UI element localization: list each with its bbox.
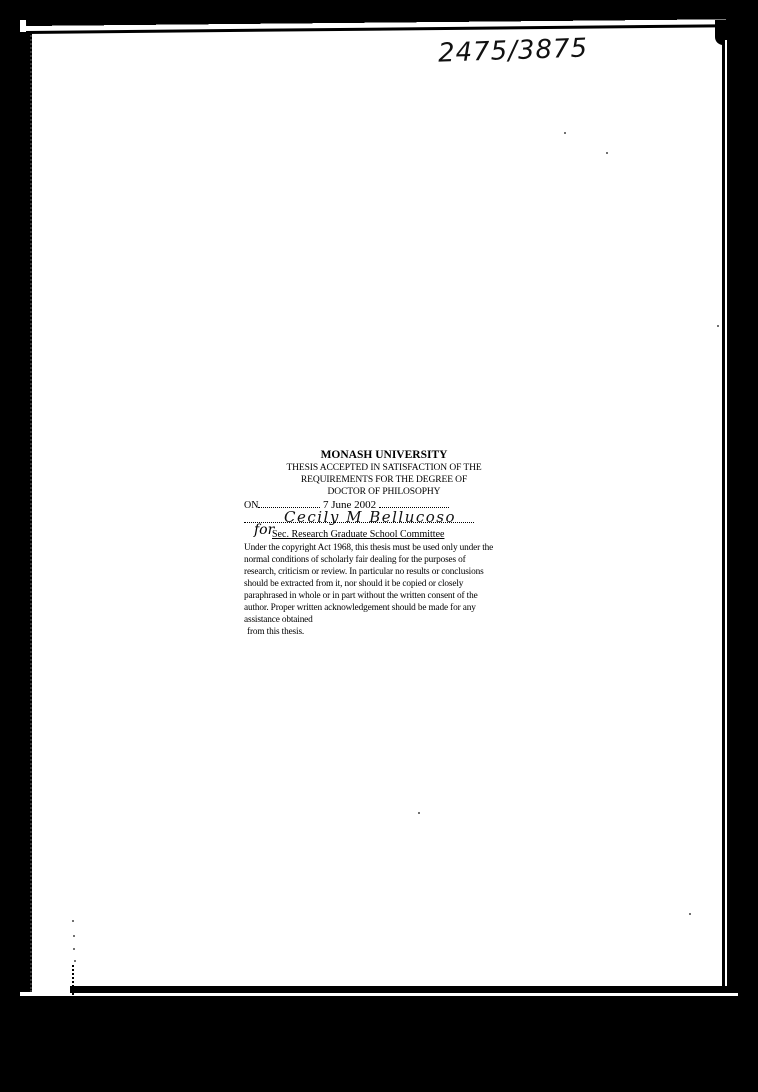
- copyright-line: assistance obtained: [244, 614, 544, 626]
- certification-line-2: REQUIREMENTS FOR THE DEGREE OF: [224, 474, 544, 486]
- copyright-line: normal conditions of scholarly fair deal…: [244, 554, 544, 566]
- signature-line: Cecily M Bellucoso: [244, 512, 544, 528]
- copyright-line: author. Proper written acknowledgement s…: [244, 602, 544, 614]
- scan-speck: [717, 325, 719, 327]
- on-label: ON: [244, 500, 258, 511]
- copyright-notice: Under the copyright Act 1968, this thesi…: [244, 542, 544, 638]
- handwritten-signature: Cecily M Bellucoso: [284, 508, 456, 526]
- scan-speck: [74, 960, 76, 962]
- copyright-line: research, criticism or review. In partic…: [244, 566, 544, 578]
- scan-speck: [689, 913, 691, 915]
- certification-block: MONASH UNIVERSITY THESIS ACCEPTED IN SAT…: [244, 449, 544, 638]
- university-name: MONASH UNIVERSITY: [224, 449, 544, 462]
- copyright-line: Under the copyright Act 1968, this thesi…: [244, 542, 544, 554]
- scan-speck: [73, 948, 75, 950]
- certification-line-1: THESIS ACCEPTED IN SATISFACTION OF THE: [224, 462, 544, 474]
- scan-speck: [73, 935, 75, 937]
- dotted-leader: [258, 499, 320, 508]
- committee-line: for Sec. Research Graduate School Commit…: [244, 528, 544, 541]
- committee-name: Sec. Research Graduate School Committee: [272, 529, 444, 540]
- copyright-line: paraphrased in whole or in part without …: [244, 590, 544, 602]
- scan-speck: [564, 132, 566, 134]
- copyright-line: should be extracted from it, nor should …: [244, 578, 544, 590]
- scan-edge-bottom-highlight: [20, 993, 738, 996]
- handwritten-reference-number: 2475/3875: [438, 33, 589, 68]
- scan-edge-right-highlight: [725, 40, 727, 990]
- dotted-leader: [379, 499, 449, 508]
- scan-speck: [418, 812, 420, 814]
- copyright-line: from this thesis.: [244, 626, 544, 638]
- scan-edge-left: [20, 32, 32, 992]
- scan-speck: [606, 152, 608, 154]
- scan-speck: [72, 920, 74, 922]
- scan-edge-bottom-left: [20, 965, 74, 995]
- scan-corner-top-right: [715, 20, 724, 45]
- handwritten-initials: for: [254, 524, 274, 537]
- certification-line-3: DOCTOR OF PHILOSOPHY: [224, 486, 544, 498]
